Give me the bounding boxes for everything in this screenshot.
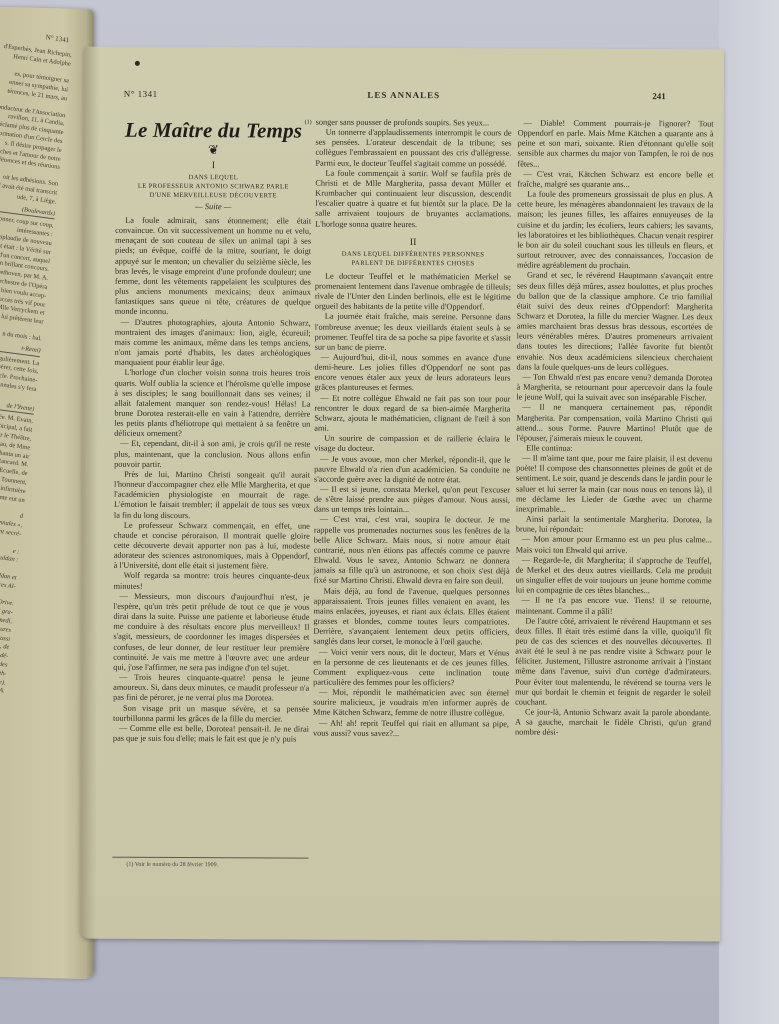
backdrop-edge [719, 0, 779, 1024]
paragraph: — Ah! ah! reprit Teuffel qui riait en al… [313, 718, 509, 739]
column-1: Le Maître du Temps (1) ❦ I DANS LEQUEL L… [113, 117, 312, 745]
facing-page-text: N° 1341 d'Esperbès, Jean Richepin,Henri … [0, 27, 74, 697]
paragraph: — Ton Ehwald n'est pas encore venu? dema… [516, 372, 712, 403]
chapter-subtitle: DANS LEQUEL DIFFÉRENTES PERSONNES [315, 249, 511, 259]
chapter-number: I [115, 159, 311, 174]
magazine-page: N° 1341 LES ANNALES 241 Le Maître du Tem… [80, 47, 724, 942]
paragraph: Le docteur Teuffel et le mathématicien M… [315, 271, 511, 312]
paragraph: Un tonnerre d'applaudissements interromp… [315, 128, 511, 169]
facing-lines-b: onducteur de l'Associationravillon, 11, … [0, 102, 66, 173]
story-title-block: Le Maître du Temps (1) ❦ I DANS LEQUEL L… [115, 117, 311, 213]
paragraph: Le professeur Schwarz commençait, en eff… [114, 520, 310, 572]
facing-lines-f: vent régulièrement. Laour insérer, cette… [0, 350, 40, 395]
column-2-body-bottom: Le docteur Teuffel et le mathématicien M… [313, 271, 511, 739]
paragraph: — Regarde-le, dit Margherita; il s'appro… [516, 555, 712, 596]
paragraph: Ce jour-là, Antonio Schwarz avait la par… [515, 708, 711, 739]
fleuron-icon: ❦ [115, 143, 311, 158]
facing-lines-h: dCercle des « Annales »,est l'intelligen… [0, 503, 23, 696]
column-3: — Diable! Comment pourrais-je l'ignorer?… [515, 119, 714, 739]
paragraph: — Voici venir vers nous, dit le docteur,… [313, 647, 509, 688]
paragraph: Un sourire de compassion et de raillerie… [314, 434, 510, 455]
chapter-subtitle: PARLENT DE DIFFÉRENTES CHOSES [315, 258, 511, 268]
paragraph: — Je vous avoue, mon cher Merkel, répond… [314, 454, 510, 485]
footnote-rule [112, 857, 308, 859]
paragraph: — Et, cependant, dit-il à son ami, je cr… [114, 439, 310, 470]
paragraph: — Trois heures cinquante-quatre! pensa l… [113, 673, 309, 704]
paragraph: — Diable! Comment pourrais-je l'ignorer?… [517, 119, 713, 171]
paragraph: — Et notre collègue Ehwald ne fait pas s… [314, 393, 510, 434]
chapter-subtitle: LE PROFESSEUR ANTONIO SCHWARZ PARLE [115, 182, 311, 192]
paragraph: — Il m'aime tant que, pour me faire plai… [516, 454, 712, 516]
punch-hole [135, 61, 140, 66]
footnote-mark: (1) [305, 118, 312, 128]
paragraph: La foule admirait, sans étonnement; elle… [115, 216, 311, 318]
paragraph: — C'est vrai, c'est vrai, soupira le doc… [314, 515, 510, 587]
chapter-2-heading: II DANS LEQUEL DIFFÉRENTES PERSONNES PAR… [315, 235, 511, 268]
column-1-body: La foule admirait, sans étonnement; elle… [113, 216, 311, 745]
facing-lines-d: donner, coup sur coup,intéressantes :s a… [0, 213, 54, 328]
paragraph: — Mon amour pour Ermanno est un peu plus… [516, 535, 712, 556]
facing-lines-a: d'Esperbès, Jean Richepin,Henri Cain et … [0, 41, 72, 104]
paragraph: Près de lui, Martino Christi songeait qu… [114, 470, 310, 522]
footnote: (1) Voir le numéro du 28 février 1909. [126, 862, 218, 868]
paragraph: — Il ne manquera certainement pas, répon… [516, 403, 712, 444]
journal-title: LES ANNALES [84, 89, 724, 102]
column-3-body: — Diable! Comment pourrais-je l'ignorer?… [515, 119, 714, 739]
paragraph: — Il est si jeune, constata Merkel, qu'o… [314, 485, 510, 516]
paragraph: — Moi, répondit le mathématicien avec so… [313, 688, 509, 719]
paragraph: — C'est vrai, Kätchen Schwarz est encore… [517, 169, 713, 190]
paragraph: Mais déjà, au fond de l'avenue, quelques… [313, 586, 509, 648]
paragraph: La foule des promeneurs grossissait de p… [517, 190, 713, 272]
paragraph: — Il ne t'a pas encore vue. Tiens! il se… [515, 596, 711, 617]
paragraph: L'horloge d'un clocher voisin sonna troi… [114, 368, 310, 440]
chapter-suite: — Suite — [115, 200, 311, 213]
paragraph: La foule commençait à sortir. Wolf se fa… [315, 168, 511, 230]
page-number: 241 [652, 91, 666, 101]
paragraph: De l'autre côté, arrivaient le révérend … [515, 616, 711, 708]
paragraph: Grand et sec, le révérend Hauptmann s'av… [517, 271, 713, 373]
column-2: songer sans pousser de profonds soupirs.… [313, 118, 512, 740]
story-title: Le Maître du Temps [116, 117, 312, 144]
paragraph: Ainsi parlait la sentimentale Margherita… [516, 515, 712, 536]
paragraph: — Aujourd'hui, dit-il, nous sommes en av… [314, 353, 510, 394]
facing-lines-g: ruse soirée. M. Evain,eiller municipal, … [0, 408, 33, 505]
paragraph: Wolf regarda sa montre: trois heures cin… [114, 571, 310, 592]
paragraph: Son visage prit un masque sévère, et sa … [113, 703, 309, 724]
paragraph: — D'autres photographies, ajouta Antonio… [115, 317, 311, 369]
running-header: N° 1341 LES ANNALES 241 [84, 89, 724, 106]
paragraph: — Messieurs, mon discours d'aujourd'hui … [113, 592, 309, 674]
paragraph: — Comme elle est belle, Dorotea! pensait… [113, 724, 309, 745]
chapter-number: II [315, 235, 511, 250]
paragraph: La journée était fraîche, mais sereine. … [315, 312, 511, 353]
column-2-body-top: songer sans pousser de profonds soupirs.… [315, 118, 511, 231]
